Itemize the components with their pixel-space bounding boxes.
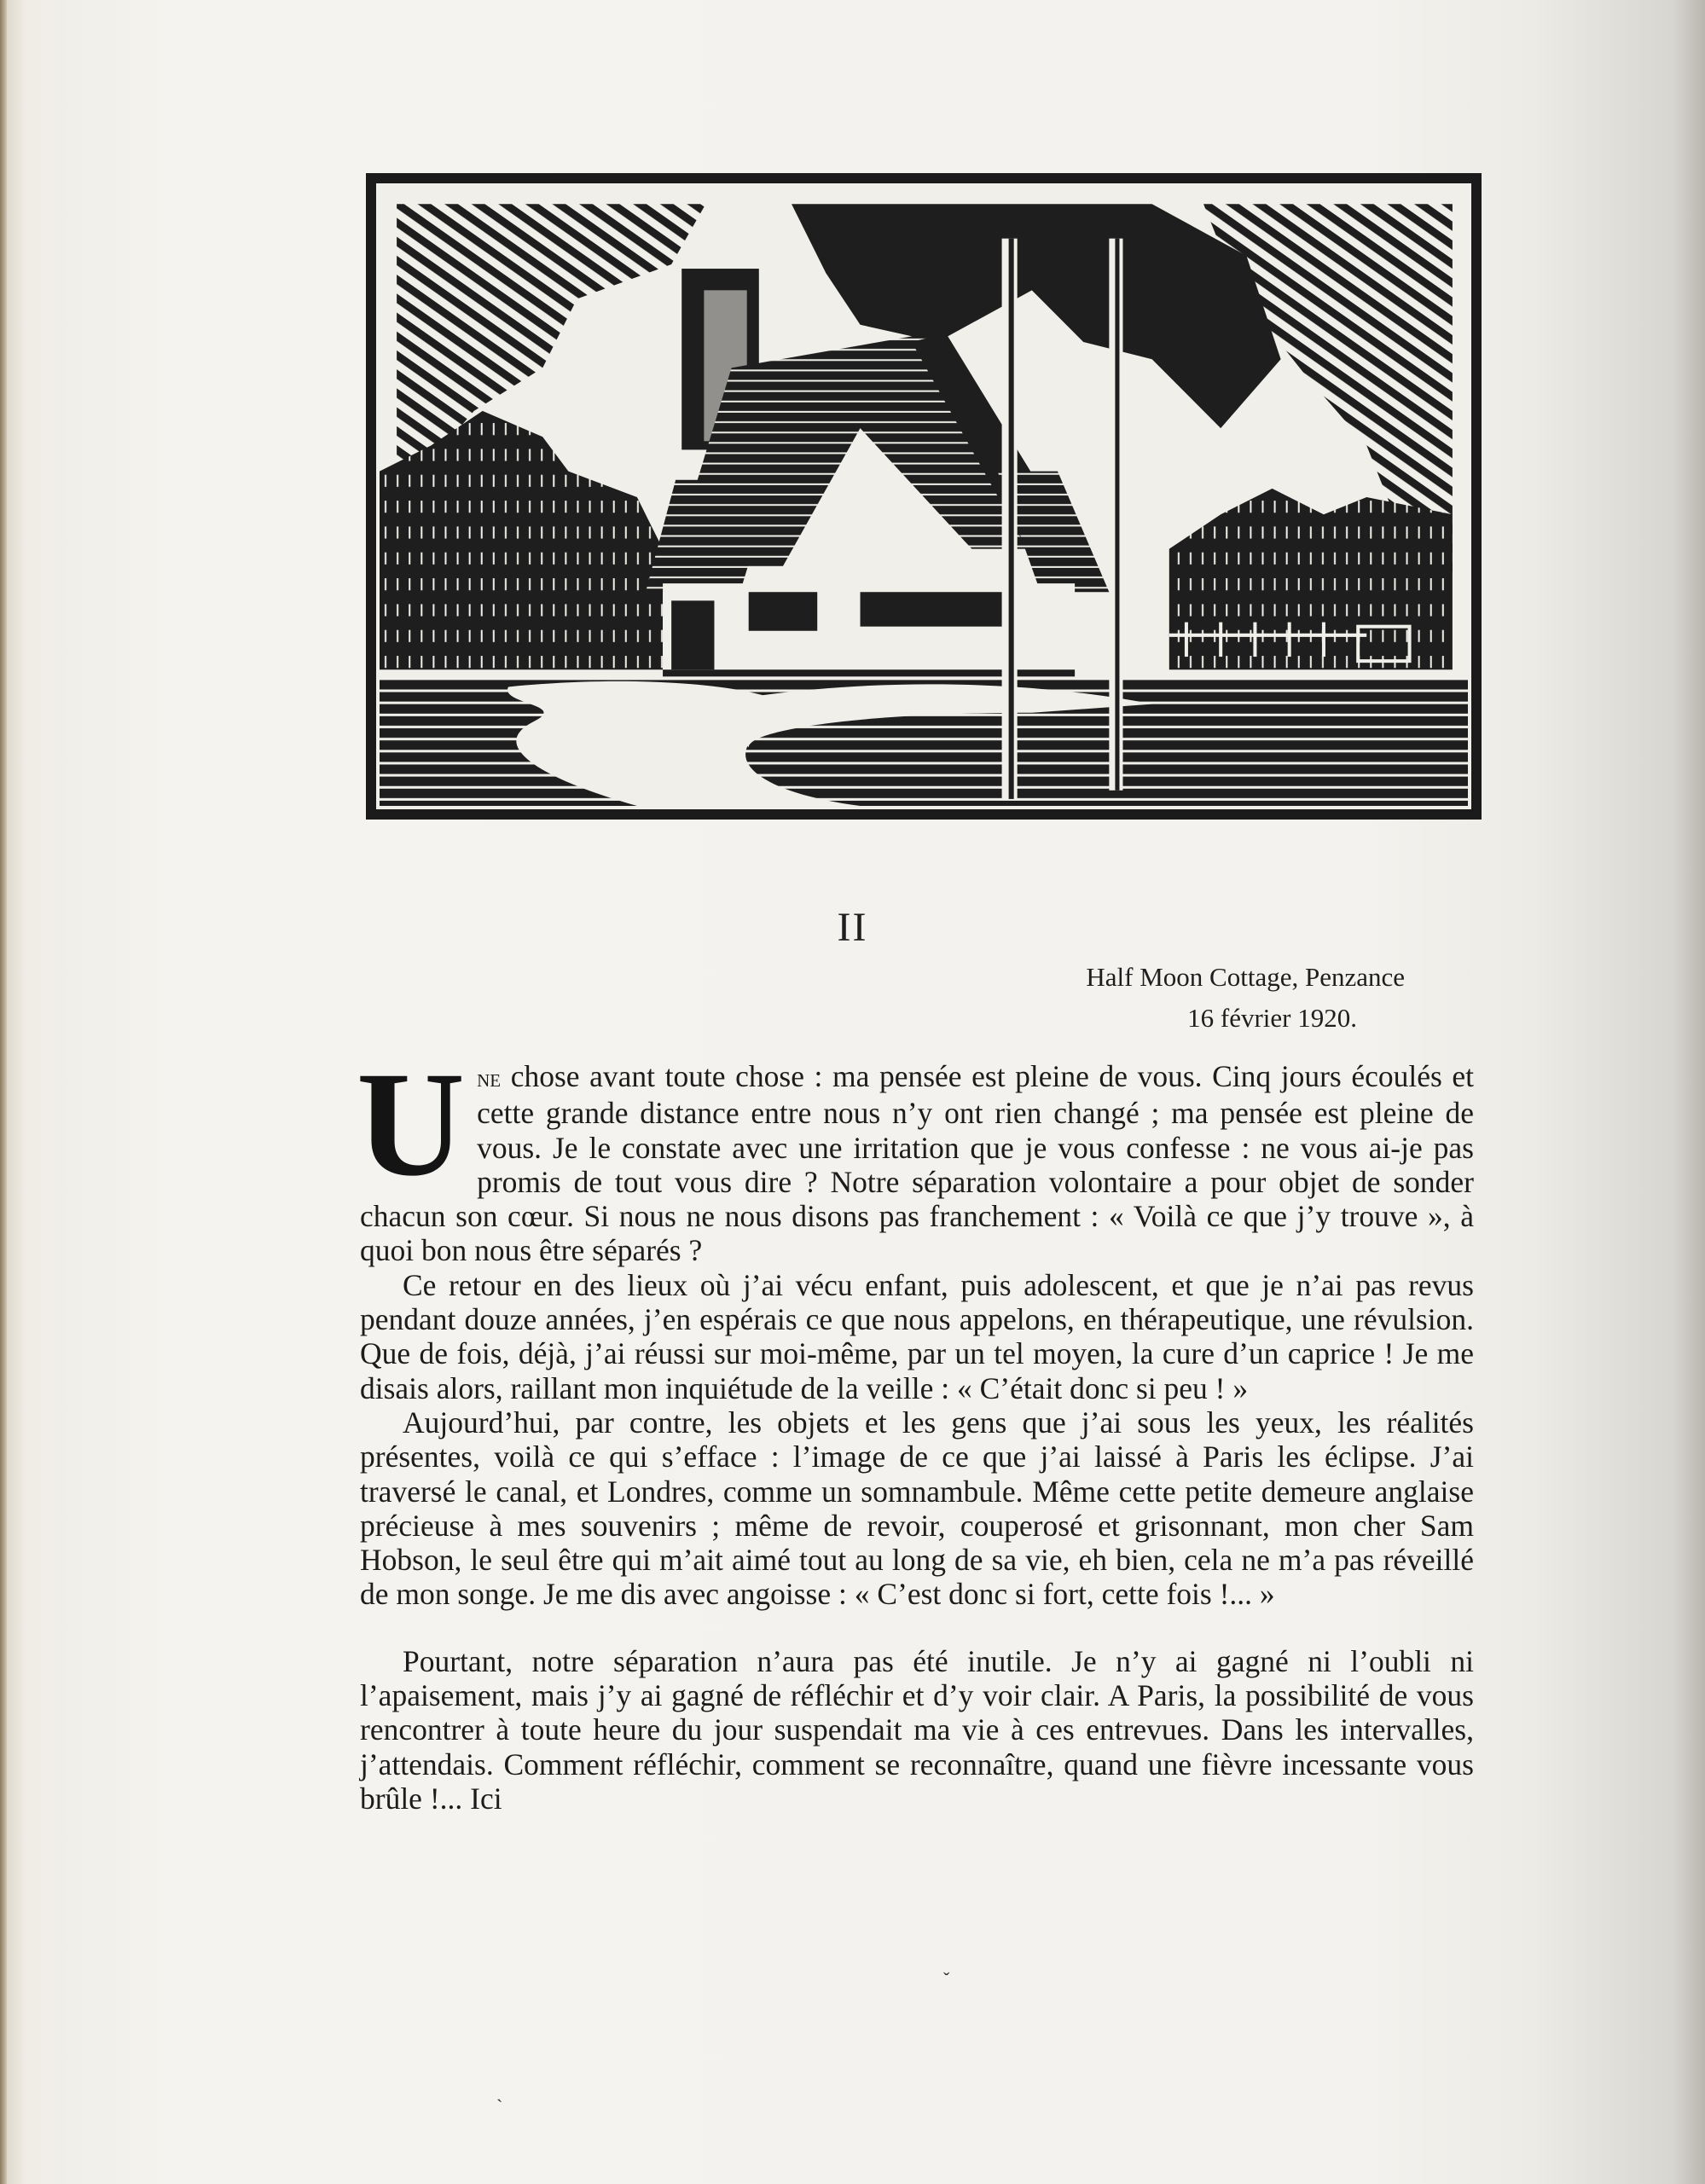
letter-body: Une chose avant toute chose : ma pensée …	[360, 1059, 1474, 1816]
first-word-smallcaps: ne	[477, 1064, 501, 1092]
cottage-woodcut-image	[380, 187, 1468, 806]
ink-speck: ˏ	[496, 2081, 502, 2103]
paragraph-2: Ce retour en des lieux où j’ai vécu enfa…	[360, 1268, 1474, 1405]
woodcut-illustration	[366, 173, 1482, 820]
dateline-date: 16 février 1920.	[1187, 1003, 1357, 1034]
paragraph-1: Une chose avant toute chose : ma pensée …	[360, 1059, 1474, 1268]
drop-cap: U	[357, 1061, 465, 1185]
paragraph-1-text: chose avant toute chose : ma pensée est …	[360, 1059, 1474, 1267]
woodcut-frame	[376, 183, 1471, 809]
paragraph-4: Pourtant, notre séparation n’aura pas ét…	[360, 1644, 1474, 1816]
dateline-place: Half Moon Cottage, Penzance	[1086, 962, 1405, 993]
chapter-number: II	[0, 904, 1705, 951]
paragraph-3: Aujourd’hui, par contre, les objets et l…	[360, 1405, 1474, 1612]
page-edge	[0, 0, 7, 2184]
ink-speck: ˇ	[943, 1968, 949, 1990]
